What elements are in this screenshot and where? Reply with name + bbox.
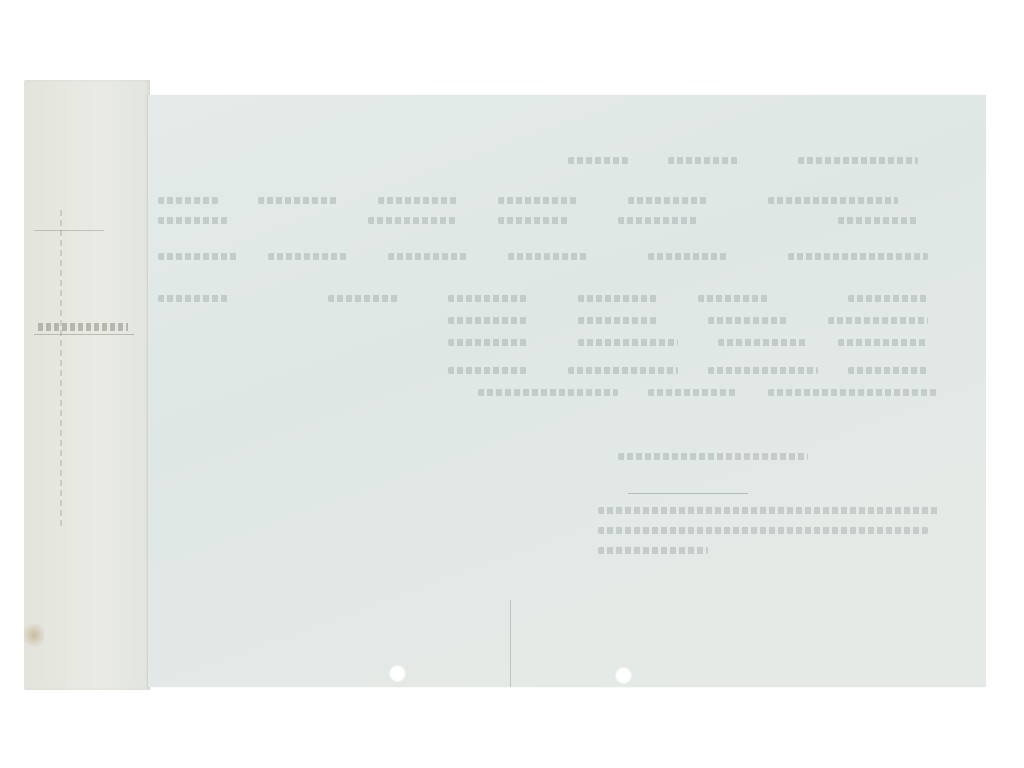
stub-vertical-typed-line bbox=[60, 210, 62, 530]
stub-stain bbox=[24, 620, 44, 650]
illegible-showthrough-text bbox=[828, 317, 928, 324]
illegible-showthrough-text bbox=[618, 217, 698, 224]
illegible-showthrough-text bbox=[158, 217, 228, 224]
illegible-showthrough-text bbox=[718, 339, 808, 346]
illegible-showthrough-text bbox=[628, 197, 708, 204]
signature-mark bbox=[628, 475, 748, 494]
illegible-showthrough-text bbox=[578, 317, 658, 324]
illegible-showthrough-text bbox=[378, 197, 458, 204]
illegible-showthrough-text bbox=[448, 367, 528, 374]
illegible-showthrough-text bbox=[848, 295, 928, 302]
document-sheet bbox=[148, 95, 986, 687]
illegible-showthrough-text bbox=[768, 389, 938, 396]
illegible-showthrough-text bbox=[568, 367, 678, 374]
illegible-showthrough-text bbox=[648, 389, 738, 396]
illegible-showthrough-text bbox=[798, 157, 918, 164]
illegible-showthrough-text bbox=[448, 317, 528, 324]
illegible-showthrough-text bbox=[668, 157, 738, 164]
illegible-showthrough-text bbox=[258, 197, 338, 204]
punch-hole-left bbox=[389, 665, 406, 682]
paper-crease bbox=[510, 600, 511, 687]
illegible-showthrough-text bbox=[578, 339, 678, 346]
illegible-showthrough-text bbox=[838, 217, 918, 224]
illegible-showthrough-text bbox=[598, 507, 938, 514]
illegible-showthrough-text bbox=[618, 453, 808, 460]
illegible-showthrough-text bbox=[508, 253, 588, 260]
illegible-showthrough-text bbox=[388, 253, 468, 260]
illegible-showthrough-text bbox=[698, 295, 768, 302]
illegible-showthrough-text bbox=[368, 217, 458, 224]
illegible-showthrough-text bbox=[498, 217, 568, 224]
left-binding-stub bbox=[24, 80, 150, 690]
illegible-showthrough-text bbox=[478, 389, 618, 396]
illegible-showthrough-text bbox=[448, 339, 528, 346]
stub-stamp-text-illegible bbox=[38, 323, 128, 331]
illegible-showthrough-text bbox=[578, 295, 658, 302]
illegible-showthrough-text bbox=[568, 157, 628, 164]
illegible-showthrough-text bbox=[598, 527, 928, 534]
illegible-showthrough-text bbox=[648, 253, 728, 260]
illegible-showthrough-text bbox=[498, 197, 578, 204]
illegible-showthrough-text bbox=[788, 253, 928, 260]
illegible-showthrough-text bbox=[448, 295, 528, 302]
punch-hole-right bbox=[615, 667, 632, 684]
illegible-showthrough-text bbox=[328, 295, 398, 302]
illegible-showthrough-text bbox=[158, 295, 228, 302]
illegible-showthrough-text bbox=[708, 367, 818, 374]
illegible-showthrough-text bbox=[708, 317, 788, 324]
illegible-showthrough-text bbox=[768, 197, 898, 204]
illegible-showthrough-text bbox=[848, 367, 928, 374]
illegible-showthrough-text bbox=[158, 197, 218, 204]
illegible-showthrough-text bbox=[158, 253, 238, 260]
stub-rule-line bbox=[34, 230, 104, 231]
illegible-showthrough-text bbox=[268, 253, 348, 260]
illegible-showthrough-text bbox=[838, 339, 928, 346]
illegible-showthrough-text bbox=[598, 547, 708, 554]
